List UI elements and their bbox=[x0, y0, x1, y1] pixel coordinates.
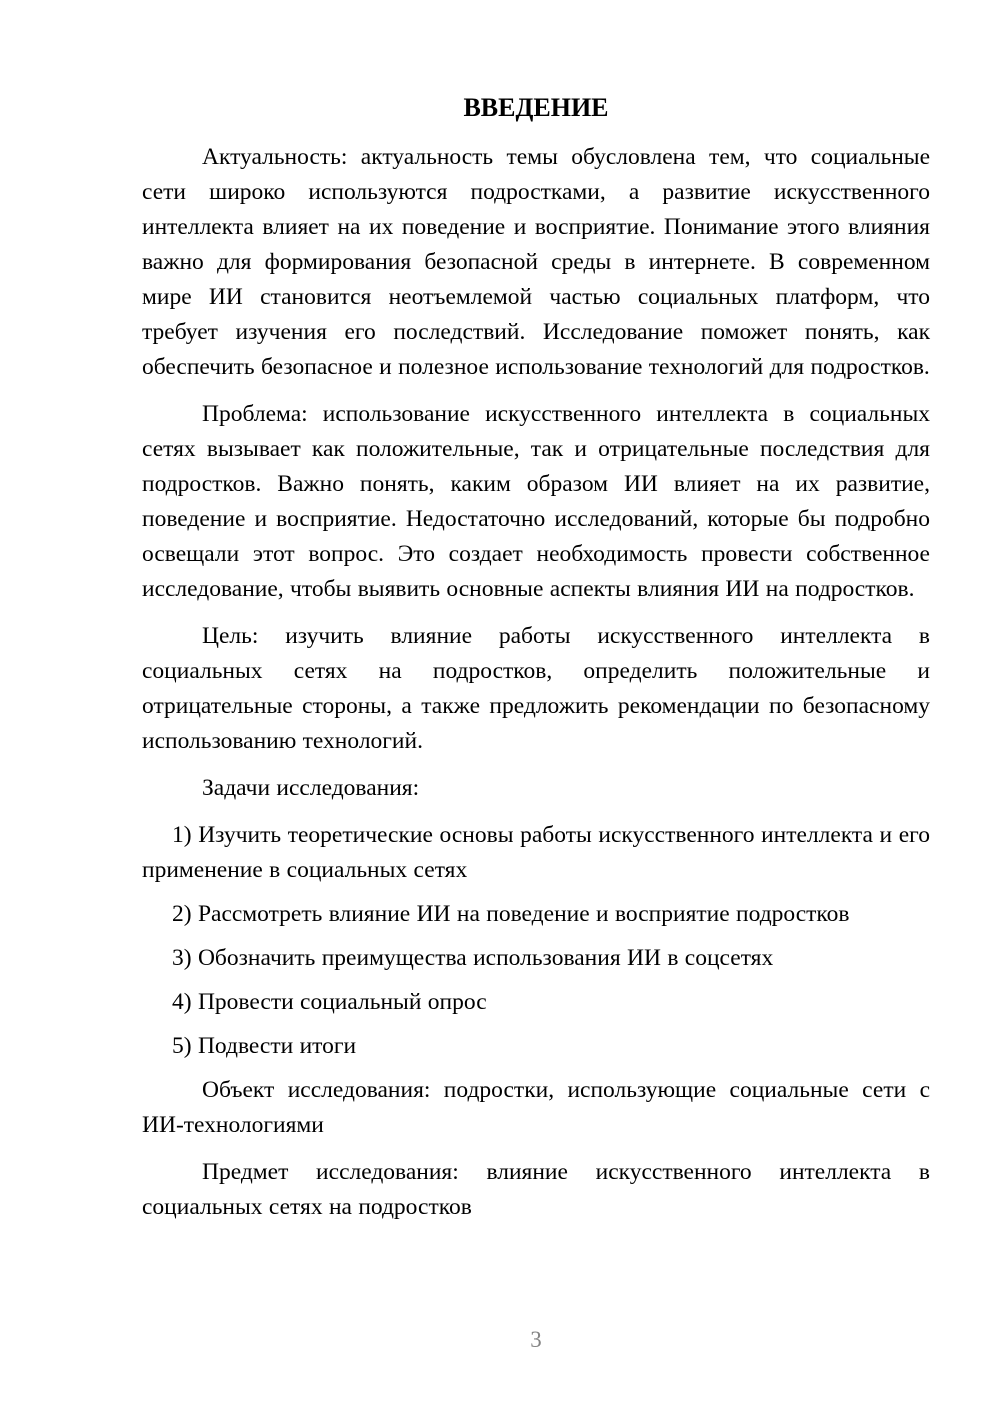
section-title: ВВЕДЕНИЕ bbox=[142, 90, 930, 125]
page-footer: 3 bbox=[142, 1322, 930, 1357]
paragraph-problem: Проблема: использование искусственного и… bbox=[142, 397, 930, 607]
task-item-5: 5) Подвести итоги bbox=[142, 1029, 930, 1064]
paragraph-goal: Цель: изучить влияние работы искусственн… bbox=[142, 619, 930, 759]
task-item-2: 2) Рассмотреть влияние ИИ на поведение и… bbox=[142, 897, 930, 932]
task-item-4: 4) Провести социальный опрос bbox=[142, 985, 930, 1020]
page-number: 3 bbox=[530, 1327, 542, 1352]
paragraph-relevance: Актуальность: актуальность темы обусловл… bbox=[142, 140, 930, 385]
paragraph-object: Объект исследования: подростки, использу… bbox=[142, 1073, 930, 1143]
task-item-3: 3) Обозначить преимущества использования… bbox=[142, 941, 930, 976]
tasks-heading: Задачи исследования: bbox=[142, 771, 930, 806]
page-content: ВВЕДЕНИЕ Актуальность: актуальность темы… bbox=[142, 90, 930, 1237]
paragraph-subject: Предмет исследования: влияние искусствен… bbox=[142, 1155, 930, 1225]
task-item-1: 1) Изучить теоретические основы работы и… bbox=[142, 818, 930, 888]
document-page: ВВЕДЕНИЕ Актуальность: актуальность темы… bbox=[0, 0, 1000, 1414]
